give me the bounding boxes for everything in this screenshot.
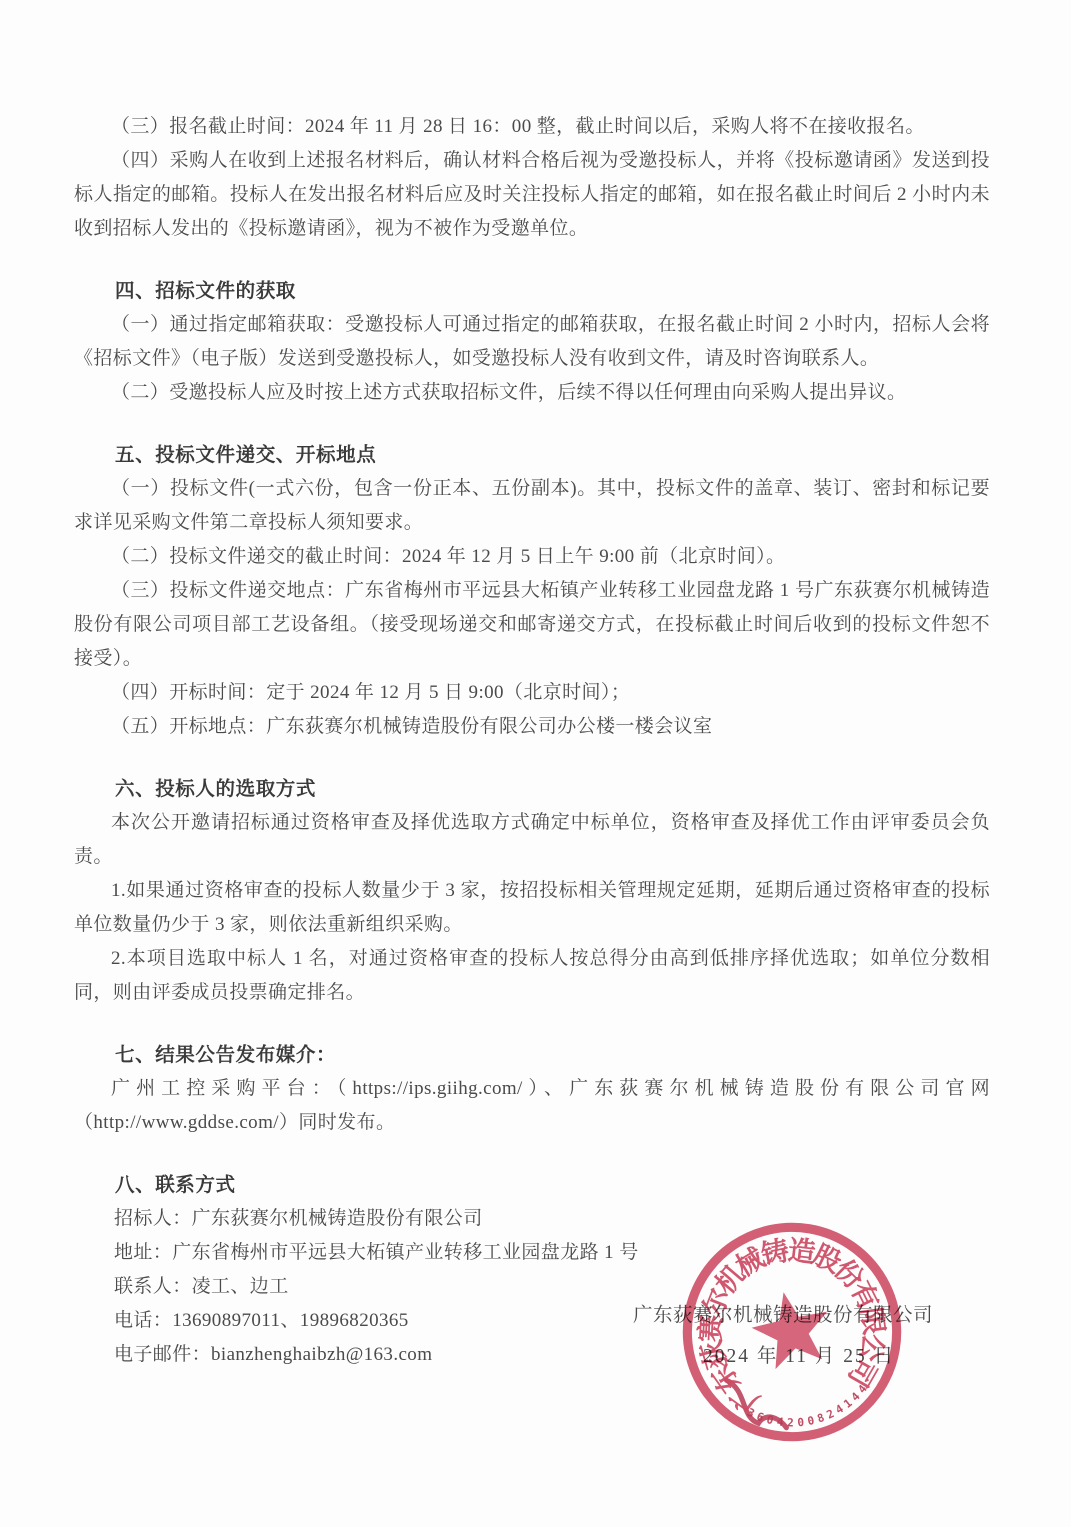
seal-ink-mark [726,1370,786,1438]
section-heading-8: 八、联系方式 [74,1168,990,1202]
seal-registration-digit: 8 [816,1411,827,1426]
seal-registration-digit: 6 [755,1410,766,1425]
section-7-paragraph-1: 广州工控采购平台：（https://ips.giihg.com/）、广东荻赛尔机… [74,1072,990,1140]
section-5-paragraph-4: （四）开标时间：定于 2024 年 12 月 5 日 9:00（北京时间）； [74,676,990,710]
seal-registration-digit: 0 [806,1414,816,1428]
seal-registration-digit: 2 [825,1407,837,1422]
section-heading-5: 五、投标文件递交、开标地点 [74,438,990,472]
section-heading-7: 七、结果公告发布媒介： [74,1038,990,1072]
intro-paragraph-4: （四）采购人在收到上述报名材料后，确认材料合格后视为受邀投标人，并将《投标邀请函… [74,144,990,246]
section-5-paragraph-2: （二）投标文件递交的截止时间：2024 年 12 月 5 日上午 9:00 前（… [74,540,990,574]
seal-registration-digit: 4 [856,1382,871,1396]
section-5-paragraph-3: （三）投标文件递交地点：广东省梅州市平远县大柘镇产业转移工业园盘龙路 1 号广东… [74,574,990,676]
section-6-paragraph-1: 本次公开邀请招标通过资格审查及择优选取方式确定中标单位，资格审查及择优工作由评审… [74,806,990,874]
section-4-paragraph-1: （一）通过指定邮箱获取：受邀投标人可通过指定的邮箱获取，在报名截止时间 2 小时… [74,308,990,376]
section-heading-4: 四、招标文件的获取 [74,274,990,308]
contact-address: 地址：广东省梅州市平远县大柘镇产业转移工业园盘龙路 1 号 [74,1236,990,1270]
seal-registration-digit: 1 [841,1396,855,1411]
section-6-paragraph-2: 1.如果通过资格审查的投标人数量少于 3 家，按招投标相关管理规定延期，延期后通… [74,874,990,942]
document-body: （三）报名截止时间：2024 年 11 月 28 日 16：00 整，截止时间以… [74,0,990,1372]
section-5-paragraph-5: （五）开标地点：广东荻赛尔机械铸造股份有限公司办公楼一楼会议室 [74,710,990,744]
section-4-paragraph-2: （二）受邀投标人应及时按上述方式获取招标文件，后续不得以任何理由向采购人提出异议… [74,376,990,410]
seal-registration-digit: 4 [849,1390,863,1404]
seal-registration-digit: 4 [776,1415,785,1429]
signature-company: 广东荻赛尔机械铸造股份有限公司 [633,1299,993,1333]
seal-registration-digit: 3 [745,1406,757,1421]
seal-registration-digit: 4 [833,1402,846,1417]
signature-date: 2024 年 11 月 25 日 [633,1340,993,1374]
signature-block: 广东荻赛尔机械铸造股份有限公司 2024 年 11 月 25 日 [633,1299,993,1374]
seal-arc-char: 广 [725,1377,765,1417]
intro-paragraph-3: （三）报名截止时间：2024 年 11 月 28 日 16：00 整，截止时间以… [74,110,990,144]
section-6-paragraph-3: 2.本项目选取中标人 1 名，对通过资格审查的投标人按总得分由高到低排序择优选取… [74,942,990,1010]
section-heading-6: 六、投标人的选取方式 [74,772,990,806]
contact-tenderer: 招标人：广东荻赛尔机械铸造股份有限公司 [74,1202,990,1236]
document-page: （三）报名截止时间：2024 年 11 月 28 日 16：00 整，截止时间以… [0,0,1071,1527]
section-5-paragraph-1: （一）投标文件(一式六份，包含一份正本、五份副本)。其中，投标文件的盖章、装订、… [74,472,990,540]
seal-registration-digit: 0 [765,1413,775,1427]
seal-registration-digit: 2 [787,1416,794,1429]
seal-registration-digit: 0 [797,1416,805,1430]
